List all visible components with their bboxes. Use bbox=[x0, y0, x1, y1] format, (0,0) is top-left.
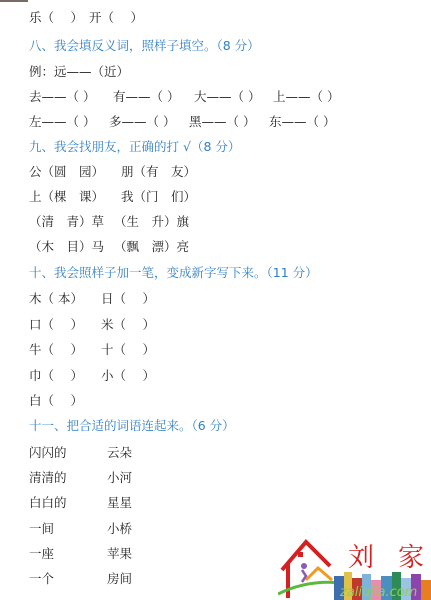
friend-choice: （清 青）草 bbox=[29, 214, 104, 230]
match-right: 苹果 bbox=[107, 546, 132, 562]
section-8-heading: 八、我会填反义词，照样子填空。（8 分） bbox=[29, 38, 260, 54]
friend-choice: （飘 漂）亮 bbox=[114, 239, 189, 255]
section-8-example: 例：远——（近） bbox=[29, 64, 129, 80]
match-left: 闪闪的 bbox=[29, 445, 67, 461]
antonym-item: 东——（ ） bbox=[269, 114, 335, 130]
stroke-item: 白（ ） bbox=[29, 393, 83, 409]
friend-choice: 我（门 们） bbox=[121, 189, 196, 205]
svg-text:家: 家 bbox=[398, 543, 424, 573]
stroke-item: 牛（ ） bbox=[29, 342, 83, 358]
match-left: 一间 bbox=[29, 521, 54, 537]
match-right: 星星 bbox=[107, 495, 132, 511]
friend-choice: 公（圆 园） bbox=[29, 164, 104, 180]
top-border-fragment bbox=[0, 0, 28, 2]
fill-item: 乐（ ） bbox=[29, 10, 83, 26]
section-10-heading: 十、我会照样子加一笔，变成新字写下来。（11 分） bbox=[29, 265, 318, 281]
antonym-item: 左——（ ） bbox=[29, 114, 95, 130]
house-books-icon: 刘 家 zaliujia.com bbox=[278, 530, 431, 600]
antonym-item: 多——（ ） bbox=[109, 114, 175, 130]
logo-text: 刘 bbox=[348, 543, 374, 573]
fill-item: 开（ ） bbox=[89, 10, 143, 26]
stroke-item: 米（ ） bbox=[101, 317, 155, 333]
antonym-item: 上——（ ） bbox=[273, 89, 339, 105]
antonym-item: 有——（ ） bbox=[113, 89, 179, 105]
friend-choice: （生 升）旗 bbox=[114, 214, 189, 230]
watermark-logo: 刘 家 zaliujia.com bbox=[278, 530, 431, 600]
stroke-item: 十（ ） bbox=[101, 342, 155, 358]
match-right: 小河 bbox=[107, 470, 132, 486]
friend-choice: （木 目）马 bbox=[29, 239, 104, 255]
friend-choice: 上（棵 课） bbox=[29, 189, 104, 205]
match-right: 小桥 bbox=[107, 521, 132, 537]
match-left: 清清的 bbox=[29, 470, 67, 486]
match-left: 一个 bbox=[29, 571, 54, 587]
friend-choice: 朋（有 友） bbox=[121, 164, 196, 180]
match-right: 房间 bbox=[107, 571, 132, 587]
match-left: 白白的 bbox=[29, 495, 67, 511]
antonym-item: 去——（ ） bbox=[29, 89, 95, 105]
section-9-heading: 九、我会找朋友，正确的打 √（8 分） bbox=[29, 139, 240, 155]
antonym-item: 黑——（ ） bbox=[189, 114, 255, 130]
match-left: 一座 bbox=[29, 546, 54, 562]
match-right: 云朵 bbox=[107, 445, 132, 461]
stroke-item: 口（ ） bbox=[29, 317, 83, 333]
section-11-heading: 十一、把合适的词语连起来。（6 分） bbox=[29, 418, 235, 434]
stroke-item: 木（ 本） bbox=[29, 291, 83, 307]
stroke-item: 巾（ ） bbox=[29, 368, 83, 384]
antonym-item: 大——（ ） bbox=[194, 89, 260, 105]
svg-text:zaliujia.com: zaliujia.com bbox=[339, 585, 417, 600]
stroke-item: 日（ ） bbox=[101, 291, 155, 307]
stroke-item: 小（ ） bbox=[101, 368, 155, 384]
